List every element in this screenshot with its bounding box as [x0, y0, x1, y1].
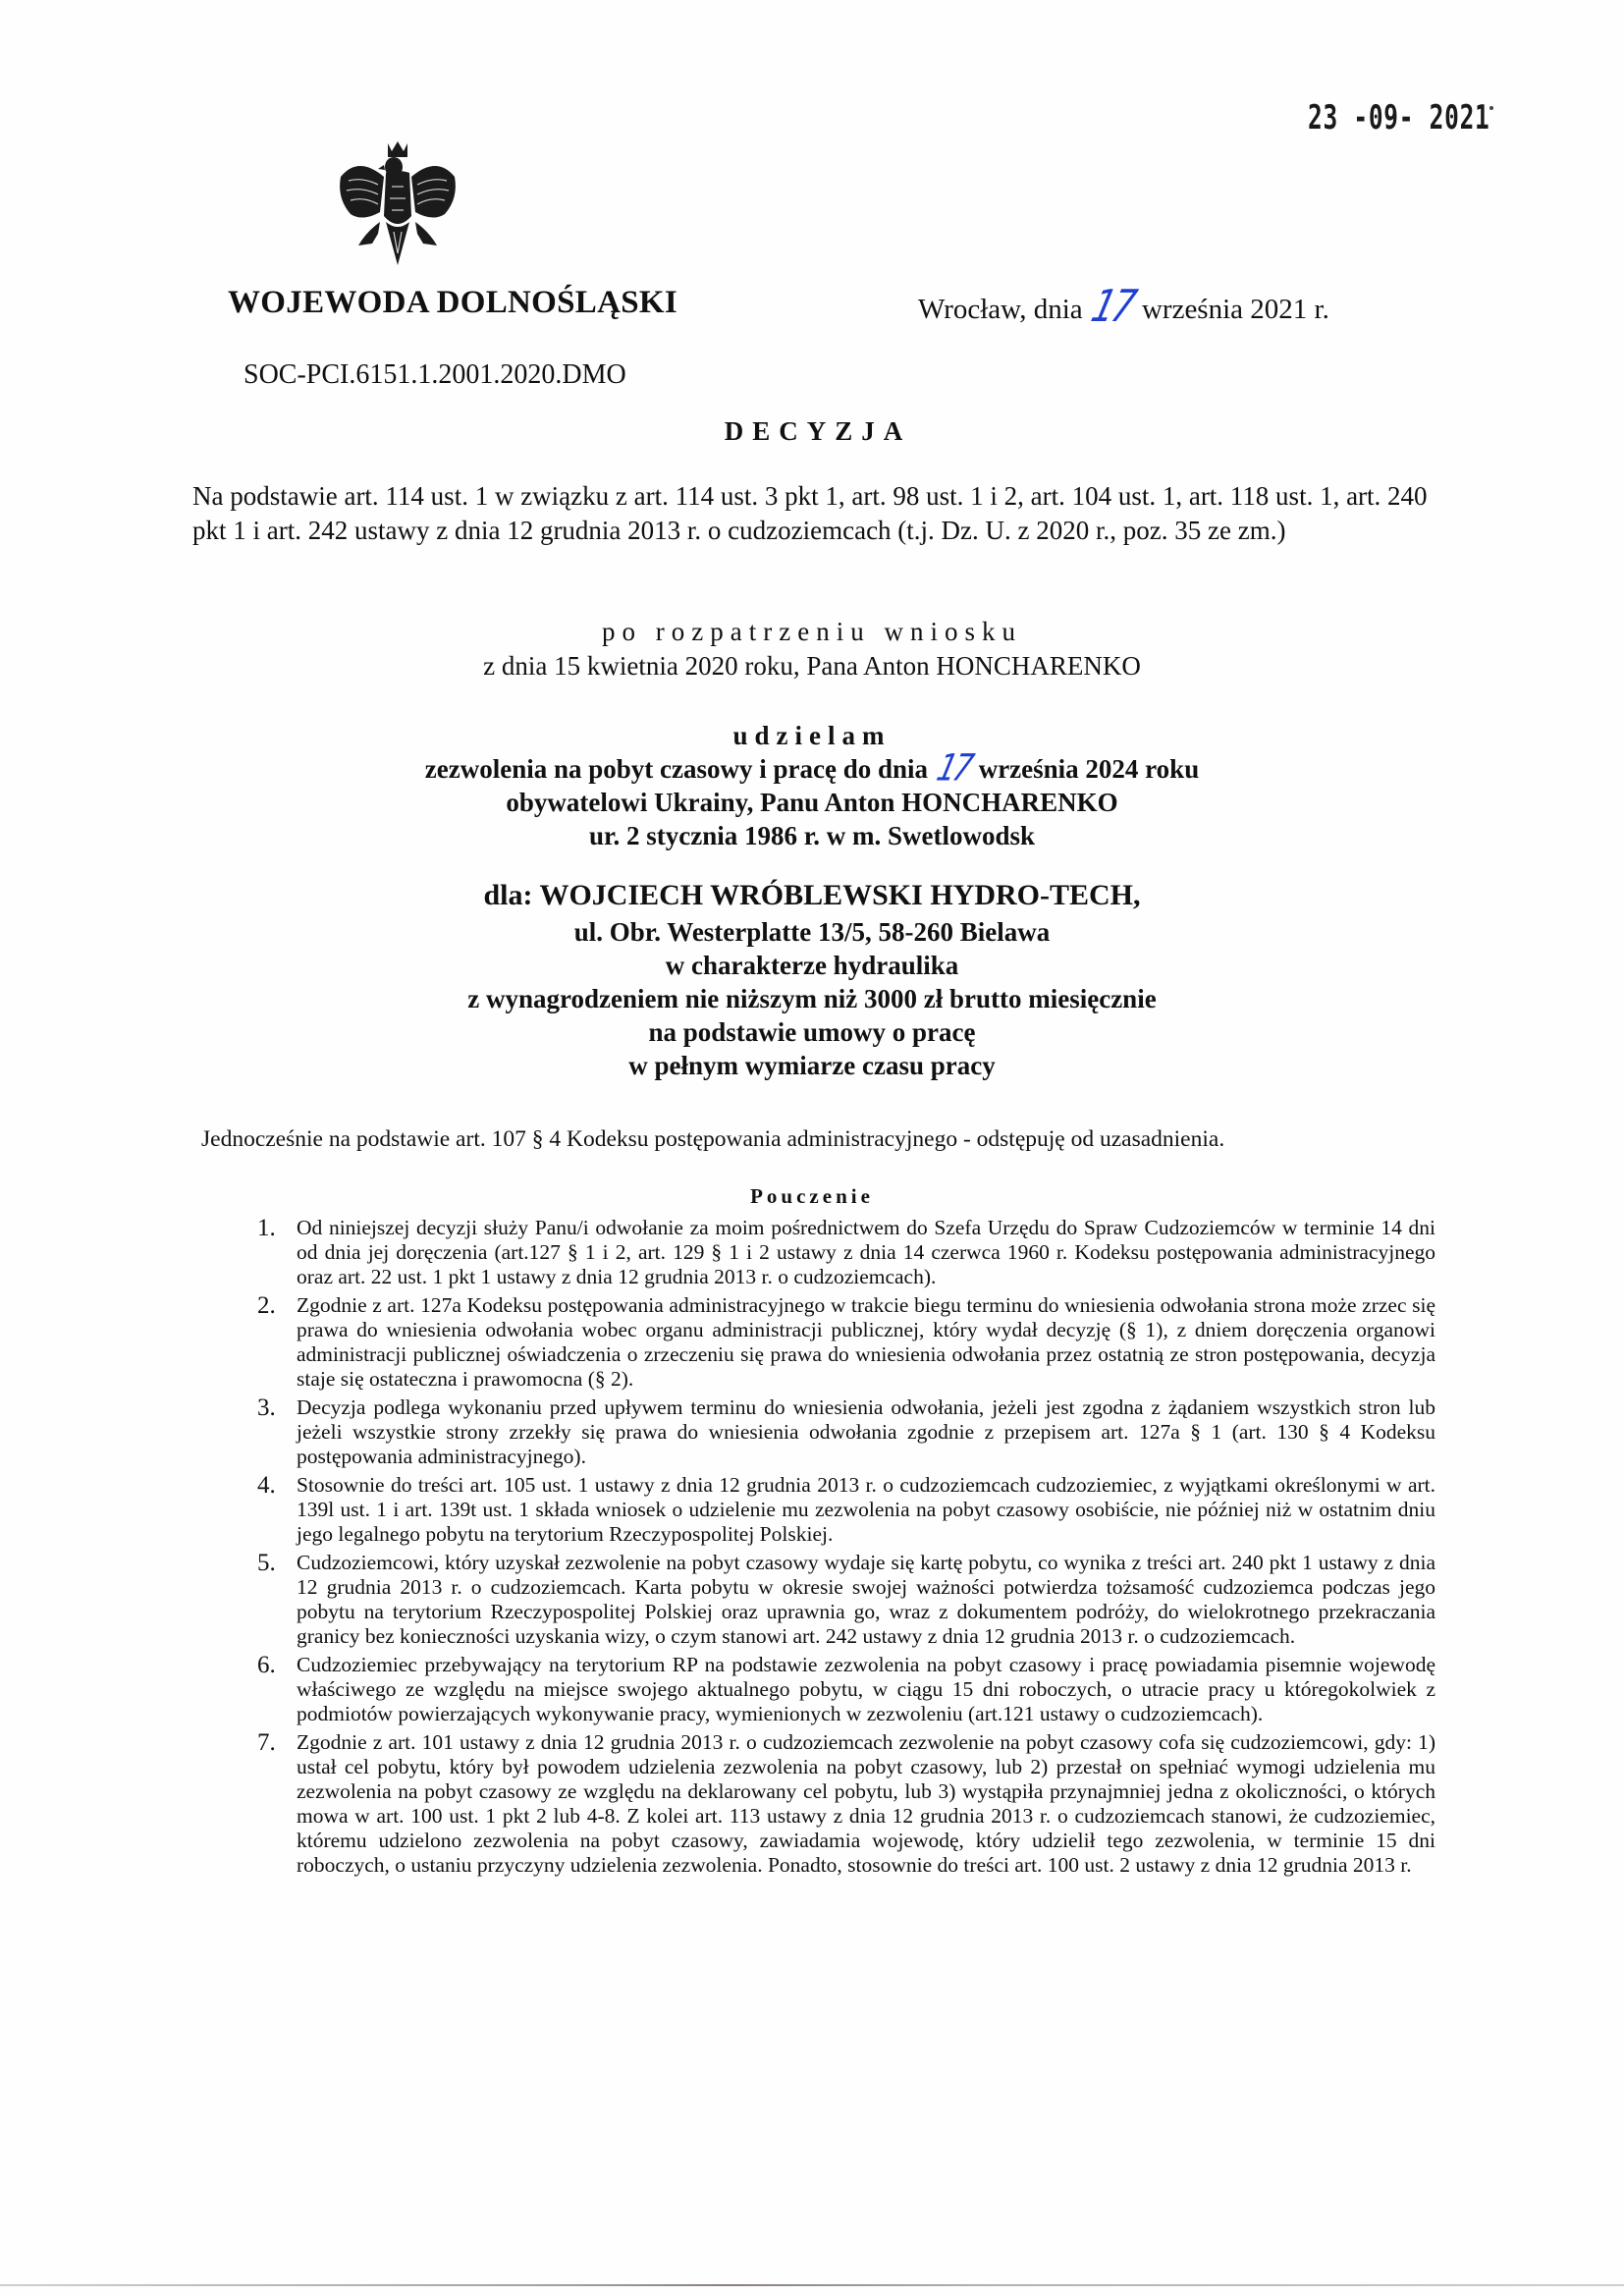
permit-line: zezwolenia na pobyt czasowy i pracę do d… — [0, 752, 1624, 786]
date-suffix: września 2021 r. — [1142, 294, 1329, 325]
grant-heading: udzielam — [0, 719, 1624, 752]
polish-eagle-emblem-icon — [329, 137, 466, 275]
instruction-text: Zgodnie z art. 127a Kodeksu postępowania… — [297, 1293, 1435, 1392]
handwritten-day: 17 — [1087, 282, 1139, 332]
instruction-text: Decyzja podlega wykonaniu przed upływem … — [297, 1395, 1435, 1469]
scan-bottom-edge — [0, 2284, 1624, 2286]
application-heading: po rozpatrzeniu wniosku — [0, 617, 1624, 647]
stamp-dot — [1489, 106, 1493, 110]
instruction-number: 6. — [257, 1653, 297, 1726]
instructions-list: 1. Od niniejszej decyzji służy Panu/i od… — [257, 1216, 1435, 1878]
instruction-text: Cudzoziemiec przebywający na terytorium … — [297, 1653, 1435, 1726]
instruction-item: 5. Cudzoziemcowi, który uzyskał zezwolen… — [257, 1551, 1435, 1649]
instruction-text: Od niniejszej decyzji służy Panu/i odwoł… — [297, 1216, 1435, 1289]
permit-prefix: zezwolenia na pobyt czasowy i pracę do d… — [425, 754, 928, 784]
instruction-item: 7. Zgodnie z art. 101 ustawy z dnia 12 g… — [257, 1730, 1435, 1878]
employment-role: w charakterze hydraulika — [0, 949, 1624, 982]
instruction-number: 2. — [257, 1293, 297, 1392]
issuer-name: WOJEWODA DOLNOŚLĄSKI — [228, 285, 677, 321]
birth-line: ur. 2 stycznia 1986 r. w m. Swetlowodsk — [0, 819, 1624, 852]
grant-block: udzielam zezwolenia na pobyt czasowy i p… — [0, 719, 1624, 852]
employer-name: dla: WOJCIECH WRÓBLEWSKI HYDRO-TECH, — [0, 878, 1624, 913]
instruction-item: 6. Cudzoziemiec przebywający na terytori… — [257, 1653, 1435, 1726]
date-prefix: Wrocław, dnia — [918, 294, 1083, 325]
instructions-heading: Pouczenie — [0, 1184, 1624, 1209]
recipient-line: obywatelowi Ukrainy, Panu Anton HONCHARE… — [0, 786, 1624, 819]
instruction-text: Zgodnie z art. 101 ustawy z dnia 12 grud… — [297, 1730, 1435, 1878]
instruction-number: 7. — [257, 1730, 297, 1878]
permit-suffix: września 2024 roku — [979, 754, 1200, 784]
employer-address: ul. Obr. Westerplatte 13/5, 58-260 Biela… — [0, 915, 1624, 949]
legal-basis-paragraph: Na podstawie art. 114 ust. 1 w związku z… — [192, 479, 1459, 548]
instruction-item: 1. Od niniejszej decyzji służy Panu/i od… — [257, 1216, 1435, 1289]
instruction-number: 5. — [257, 1551, 297, 1649]
instruction-item: 3. Decyzja podlega wykonaniu przed upływ… — [257, 1395, 1435, 1469]
received-date-stamp: 23 -09- 2021 — [1308, 98, 1490, 137]
contract-line: na podstawie umowy o pracę — [0, 1015, 1624, 1049]
document-page: 23 -09- 2021 — [0, 0, 1624, 2296]
handwritten-expiry-day: 17 — [932, 748, 974, 791]
application-line: z dnia 15 kwietnia 2020 roku, Pana Anton… — [0, 649, 1624, 683]
place-and-date: Wrocław, dnia 17 września 2021 r. — [918, 287, 1329, 327]
document-title: DECYZJA — [0, 416, 1624, 447]
instruction-number: 1. — [257, 1216, 297, 1289]
salary-line: z wynagrodzeniem nie niższym niż 3000 zł… — [0, 982, 1624, 1015]
instruction-item: 4. Stosownie do treści art. 105 ust. 1 u… — [257, 1473, 1435, 1547]
instruction-text: Stosownie do treści art. 105 ust. 1 usta… — [297, 1473, 1435, 1547]
instruction-number: 4. — [257, 1473, 297, 1547]
case-number: SOC-PCI.6151.1.2001.2020.DMO — [244, 359, 626, 391]
application-block: po rozpatrzeniu wniosku z dnia 15 kwietn… — [0, 617, 1624, 683]
instruction-number: 3. — [257, 1395, 297, 1469]
employer-block: dla: WOJCIECH WRÓBLEWSKI HYDRO-TECH, ul.… — [0, 878, 1624, 1082]
instruction-item: 2. Zgodnie z art. 127a Kodeksu postępowa… — [257, 1293, 1435, 1392]
instruction-text: Cudzoziemcowi, który uzyskał zezwolenie … — [297, 1551, 1435, 1649]
justification-waiver-notice: Jednocześnie na podstawie art. 107 § 4 K… — [201, 1126, 1224, 1153]
working-hours-line: w pełnym wymiarze czasu pracy — [0, 1049, 1624, 1082]
